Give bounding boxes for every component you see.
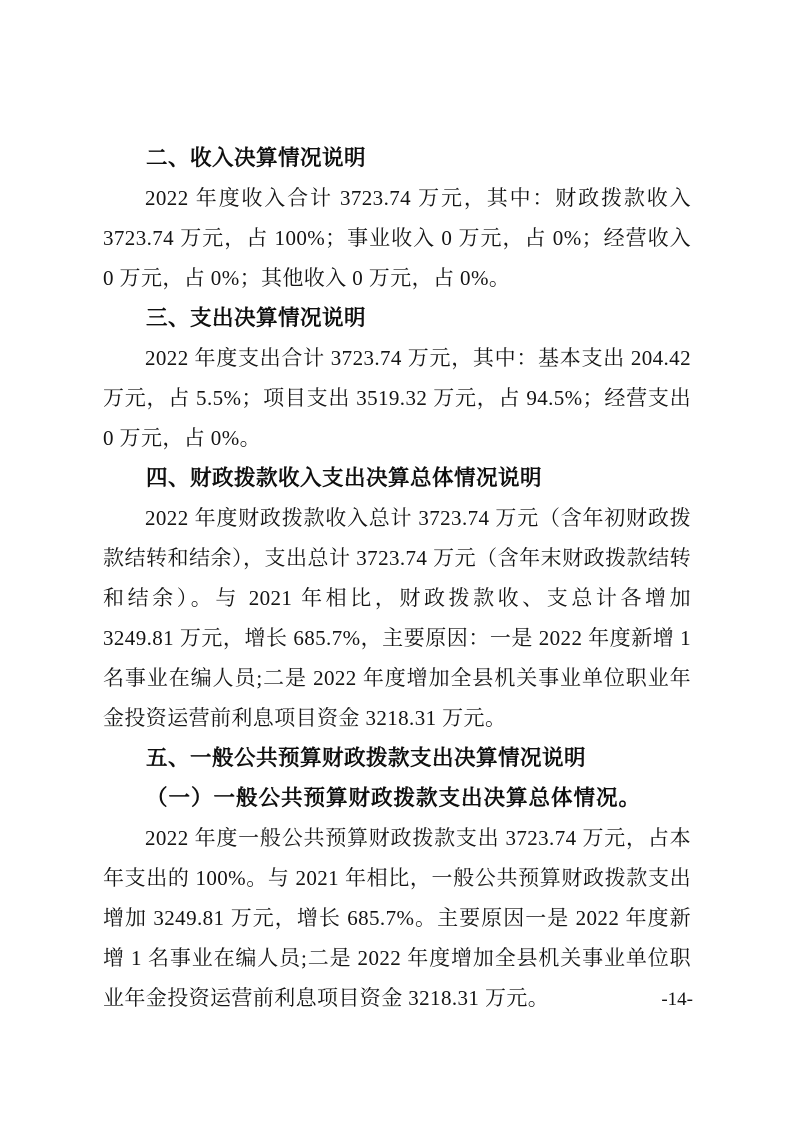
section-heading-income: 二、收入决算情况说明: [103, 138, 691, 178]
section-heading-general-public-budget: 五、一般公共预算财政拨款支出决算情况说明: [103, 738, 691, 778]
document-page: 二、收入决算情况说明 2022 年度收入合计 3723.74 万元，其中：财政拨…: [0, 0, 793, 1122]
section-paragraph-expenditure: 2022 年度支出合计 3723.74 万元，其中：基本支出 204.42 万元…: [103, 338, 691, 458]
section-paragraph-general-public-budget: 2022 年度一般公共预算财政拨款支出 3723.74 万元，占本年支出的 10…: [103, 818, 691, 1018]
section-heading-expenditure: 三、支出决算情况说明: [103, 298, 691, 338]
section-heading-fiscal-appropriation-overview: 四、财政拨款收入支出决算总体情况说明: [103, 458, 691, 498]
document-content: 二、收入决算情况说明 2022 年度收入合计 3723.74 万元，其中：财政拨…: [103, 138, 691, 1018]
section-paragraph-fiscal-appropriation-overview: 2022 年度财政拨款收入总计 3723.74 万元（含年初财政拨款结转和结余）…: [103, 498, 691, 738]
subsection-heading-general-public-budget-overview: （一）一般公共预算财政拨款支出决算总体情况。: [103, 778, 691, 818]
page-number: -14-: [661, 988, 693, 1012]
section-paragraph-income: 2022 年度收入合计 3723.74 万元，其中：财政拨款收入 3723.74…: [103, 178, 691, 298]
